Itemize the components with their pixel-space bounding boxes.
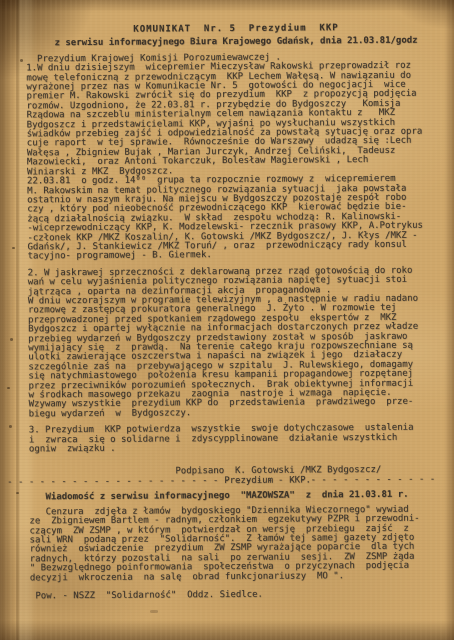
source-footer: Pow. - NSZZ "Solidarność" Oddz. Siedlce. (30, 589, 450, 601)
communique-subtitle: z serwisu informacyjnego Biura Krajowego… (26, 37, 446, 49)
point-3-paragraph: 3. Prezydium KKP potwierdza wszystkie sw… (29, 424, 449, 455)
censorship-paragraph: Cenzura zdjęła z łamów bydgoskiego "Dzie… (29, 505, 450, 583)
point-1-paragraph: 1.W dniu dzisiejszym wicepremier Mieczys… (26, 62, 447, 262)
document-text: KOMUNIKAT Nr. 5 Prezydium KKP z serwisu … (0, 0, 454, 640)
communique-title: KOMUNIKAT Nr. 5 Prezydium KKP (26, 23, 446, 35)
mazowsze-news-heading: Wiadomość z serwisu informacyjnego "MAZO… (29, 491, 449, 503)
scanned-document-page: KOMUNIKAT Nr. 5 Prezydium KKP z serwisu … (0, 0, 454, 640)
signature-line-2: Prezydium KKP. (29, 475, 449, 487)
point-2-paragraph: 2. W jaskrawej sprzeczności z deklarowan… (28, 266, 449, 419)
signature-block: - - - - - - - - - - - - - - - - - - - - … (29, 466, 449, 488)
